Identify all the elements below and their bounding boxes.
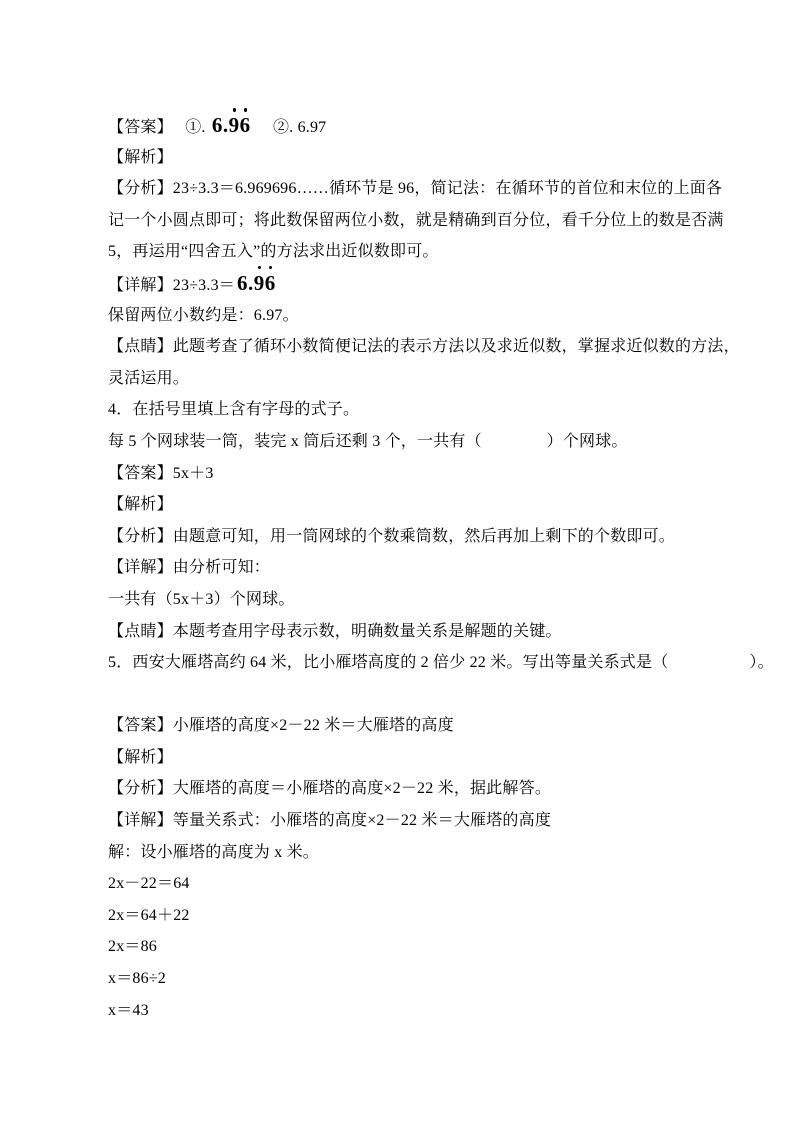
line-text: 【解析】 [108, 749, 173, 766]
line-text: 【详解】等量关系式：小雁塔的高度×2－22 米＝大雁塔的高度 [108, 812, 551, 829]
repeating-decimal-integer-part: 6. [212, 113, 229, 137]
line-text: 保留两位小数约是：6.97。 [108, 307, 299, 324]
q5-fenxi-line: 【分析】大雁塔的高度＝小雁塔的高度×2－22 米，据此解答。 [108, 773, 714, 805]
line-text: 【答案】5x＋3 [108, 465, 214, 482]
line-text: 【详解】23÷3.3＝ [108, 277, 235, 294]
q5-equation-3: 2x＝86 [108, 931, 714, 963]
line-text: 解：设小雁塔的高度为 x 米。 [108, 844, 319, 861]
repeating-digit: 6 [265, 268, 276, 300]
line-text: 5，再运用“四舍五入”的方法求出近似数即可。 [108, 243, 439, 260]
q4-xiangjie-line-2: 一共有（5x＋3）个网球。 [108, 584, 714, 616]
q4-jiexi-label: 【解析】 [108, 489, 714, 521]
line-text: 【分析】23÷3.3＝6.969696……循环节是 96，简记法：在循环节的首位… [108, 180, 722, 197]
q5-xiangjie-line-1: 【详解】等量关系式：小雁塔的高度×2－22 米＝大雁塔的高度 [108, 805, 714, 837]
q4-question-line-1: 4．在括号里填上含有字母的式子。 [108, 394, 714, 426]
line-text: 【解析】 [108, 149, 173, 166]
line-text: 【答案】小雁塔的高度×2－22 米＝大雁塔的高度 [108, 717, 454, 734]
line-text: 【解析】 [108, 496, 173, 513]
line-text: 【分析】大雁塔的高度＝小雁塔的高度×2－22 米，据此解答。 [108, 780, 551, 797]
repeating-digit: 6 [240, 110, 251, 142]
line-text: 【点睛】此题考查了循环小数简便记法的表示方法以及求近似数，掌握求近似数的方法， [108, 338, 740, 355]
q4-fenxi-line: 【分析】由题意可知，用一筒网球的个数乘筒数，然后再加上剩下的个数即可。 [108, 521, 714, 553]
q3-xiangjie-line-1: 【详解】23÷3.3＝6.96 [108, 268, 714, 300]
q5-equation-4: x＝86÷2 [108, 963, 714, 995]
q5-question-line: 5．西安大雁塔高约 64 米，比小雁塔高度的 2 倍少 22 米。写出等量关系式… [108, 647, 714, 679]
line-text: 灵活运用。 [108, 370, 189, 387]
repeating-decimal-integer-part: 6. [237, 271, 254, 295]
line-text: x＝43 [108, 1002, 149, 1019]
q5-equation-2: 2x＝64＋22 [108, 900, 714, 932]
worksheet-page: 【答案】 ①. 6.96 ②. 6.97【解析】【分析】23÷3.3＝6.969… [0, 0, 794, 1123]
q3-fenxi-line-2: 记一个小圆点即可；将此数保留两位小数，就是精确到百分位，看千分位上的数是否满 [108, 205, 714, 237]
q3-fenxi-line-1: 【分析】23÷3.3＝6.969696……循环节是 96，简记法：在循环节的首位… [108, 173, 714, 205]
q5-answer-line: 【答案】小雁塔的高度×2－22 米＝大雁塔的高度 [108, 710, 714, 742]
line-text: 记一个小圆点即可；将此数保留两位小数，就是精确到百分位，看千分位上的数是否满 [108, 212, 724, 229]
line-text: 【详解】由分析可知： [108, 559, 270, 576]
q3-answer-line: 【答案】 ①. 6.96 ②. 6.97 [108, 110, 714, 142]
line-text: 【答案】 ①. [108, 119, 210, 136]
line-text: 2x＝64＋22 [108, 907, 190, 924]
repeating-decimal-number: 6.96 [235, 271, 278, 295]
line-text: 2x－22＝64 [108, 875, 190, 892]
line-text: 2x＝86 [108, 938, 157, 955]
q5-jiexi-label: 【解析】 [108, 742, 714, 774]
q3-dianjing-line-1: 【点睛】此题考查了循环小数简便记法的表示方法以及求近似数，掌握求近似数的方法， [108, 331, 714, 363]
line-text: 一共有（5x＋3）个网球。 [108, 591, 295, 608]
line-text: x＝86÷2 [108, 970, 166, 987]
line-text: 【分析】由题意可知，用一筒网球的个数乘筒数，然后再加上剩下的个数即可。 [108, 528, 675, 545]
repeating-digit: 9 [229, 110, 240, 142]
q5-equation-1: 2x－22＝64 [108, 868, 714, 900]
q5-equation-5: x＝43 [108, 995, 714, 1027]
q5-xiangjie-line-2: 解：设小雁塔的高度为 x 米。 [108, 837, 714, 869]
line-text: 5．西安大雁塔高约 64 米，比小雁塔高度的 2 倍少 22 米。写出等量关系式… [108, 654, 774, 671]
q3-xiangjie-line-2: 保留两位小数约是：6.97。 [108, 300, 714, 332]
q4-xiangjie-line-1: 【详解】由分析可知： [108, 552, 714, 584]
q3-jiexi-label: 【解析】 [108, 142, 714, 174]
spacer-line [108, 679, 714, 711]
repeating-digit: 9 [254, 268, 265, 300]
document-lines: 【答案】 ①. 6.96 ②. 6.97【解析】【分析】23÷3.3＝6.969… [108, 110, 714, 1026]
q4-dianjing-line: 【点睛】本题考查用字母表示数，明确数量关系是解题的关键。 [108, 616, 714, 648]
line-text: 4．在括号里填上含有字母的式子。 [108, 401, 359, 418]
line-text: 【点睛】本题考查用字母表示数，明确数量关系是解题的关键。 [108, 623, 562, 640]
q4-answer-line: 【答案】5x＋3 [108, 458, 714, 490]
line-text: ②. 6.97 [253, 119, 327, 136]
repeating-decimal-number: 6.96 [210, 113, 253, 137]
line-text: 每 5 个网球装一筒，装完 x 筒后还剩 3 个，一共有（ ）个网球。 [108, 433, 628, 450]
q3-fenxi-line-3: 5，再运用“四舍五入”的方法求出近似数即可。 [108, 236, 714, 268]
q4-question-line-2: 每 5 个网球装一筒，装完 x 筒后还剩 3 个，一共有（ ）个网球。 [108, 426, 714, 458]
q3-dianjing-line-2: 灵活运用。 [108, 363, 714, 395]
